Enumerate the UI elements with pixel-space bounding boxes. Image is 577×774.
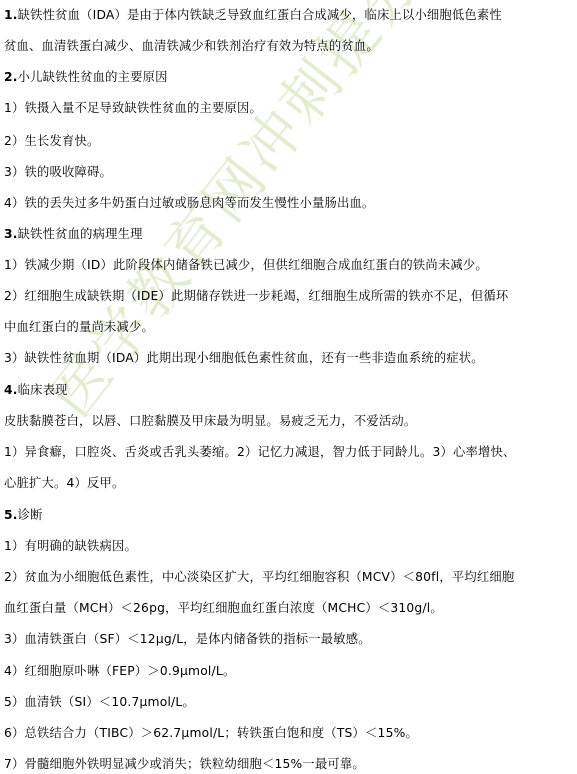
section-1-line-2: 贫血、血清铁蛋白减少、血清铁减少和铁剂治疗有效为特点的贫血。 bbox=[4, 38, 379, 54]
list-item: 3）缺铁性贫血期（IDA）此期出现小细胞低色素性贫血，还有一些非造血系统的症状。 bbox=[4, 350, 484, 366]
section-number: 2. bbox=[4, 70, 18, 84]
section-number: 5. bbox=[4, 508, 18, 522]
section-1-line-1: 1.缺铁性贫血（IDA）是由于体内铁缺乏导致血红蛋白合成减少，临床上以小细胞低色… bbox=[4, 7, 502, 23]
list-item: 中血红蛋白的量尚未减少。 bbox=[4, 319, 154, 335]
section-title: 临床表现 bbox=[18, 383, 68, 397]
list-item: 1）铁摄入量不足导致缺铁性贫血的主要原因。 bbox=[4, 100, 262, 116]
list-item: 皮肤黏膜苍白，以唇、口腔黏膜及甲床最为明显。易疲乏无力，不爱活动。 bbox=[4, 413, 416, 429]
list-item: 3）铁的吸收障碍。 bbox=[4, 164, 112, 180]
list-item: 1）铁减少期（ID）此阶段体内储备铁已减少，但供红细胞合成血红蛋白的铁尚未减少。 bbox=[4, 257, 488, 273]
list-item: 2）贫血为小细胞低色素性，中心淡染区扩大，平均红细胞容积（MCV）＜80fl，平… bbox=[4, 569, 514, 585]
list-item: 4）红细胞原卟啉（FEP）＞0.9μmol/L。 bbox=[4, 663, 235, 679]
list-item: 2）生长发育快。 bbox=[4, 133, 100, 149]
section-5-heading: 5.诊断 bbox=[4, 507, 43, 523]
list-item: 7）骨髓细胞外铁明显减少或消失；铁粒幼细胞＜15%一最可靠。 bbox=[4, 756, 365, 772]
section-number: 4. bbox=[4, 383, 18, 397]
list-item: 1）异食癖，口腔炎、舌炎或舌乳头萎缩。2）记忆力减退，智力低于同龄儿。3）心率增… bbox=[4, 444, 515, 460]
section-title: 缺铁性贫血的病理生理 bbox=[18, 227, 143, 241]
list-item: 心脏扩大。4）反甲。 bbox=[4, 475, 125, 491]
list-item: 4）铁的丢失过多牛奶蛋白过敏或肠息肉等而发生慢性小量肠出血。 bbox=[4, 195, 374, 211]
list-item: 5）血清铁（SI）＜10.7μmol/L。 bbox=[4, 694, 195, 710]
section-title: 诊断 bbox=[18, 508, 43, 522]
list-item: 血红蛋白量（MCH）＜26pg，平均红细胞血红蛋白浓度（MCHC）＜310g/l… bbox=[4, 600, 443, 616]
section-2-heading: 2.小儿缺铁性贫血的主要原因 bbox=[4, 69, 168, 85]
section-4-heading: 4.临床表现 bbox=[4, 382, 68, 398]
list-item: 2）红细胞生成缺铁期（IDE）此期储存铁进一步耗竭，红细胞生成所需的铁亦不足，但… bbox=[4, 288, 508, 304]
section-number: 3. bbox=[4, 227, 18, 241]
list-item: 1）有明确的缺铁病因。 bbox=[4, 538, 137, 554]
section-3-heading: 3.缺铁性贫血的病理生理 bbox=[4, 226, 143, 242]
section-number: 1. bbox=[4, 8, 18, 22]
section-title: 小儿缺铁性贫血的主要原因 bbox=[18, 70, 168, 84]
list-item: 6）总铁结合力（TIBC）＞62.7μmol/L；转铁蛋白饱和度（TS）＜15%… bbox=[4, 725, 418, 741]
list-item: 3）血清铁蛋白（SF）＜12μg/L，是体内储备铁的指标一最敏感。 bbox=[4, 631, 371, 647]
